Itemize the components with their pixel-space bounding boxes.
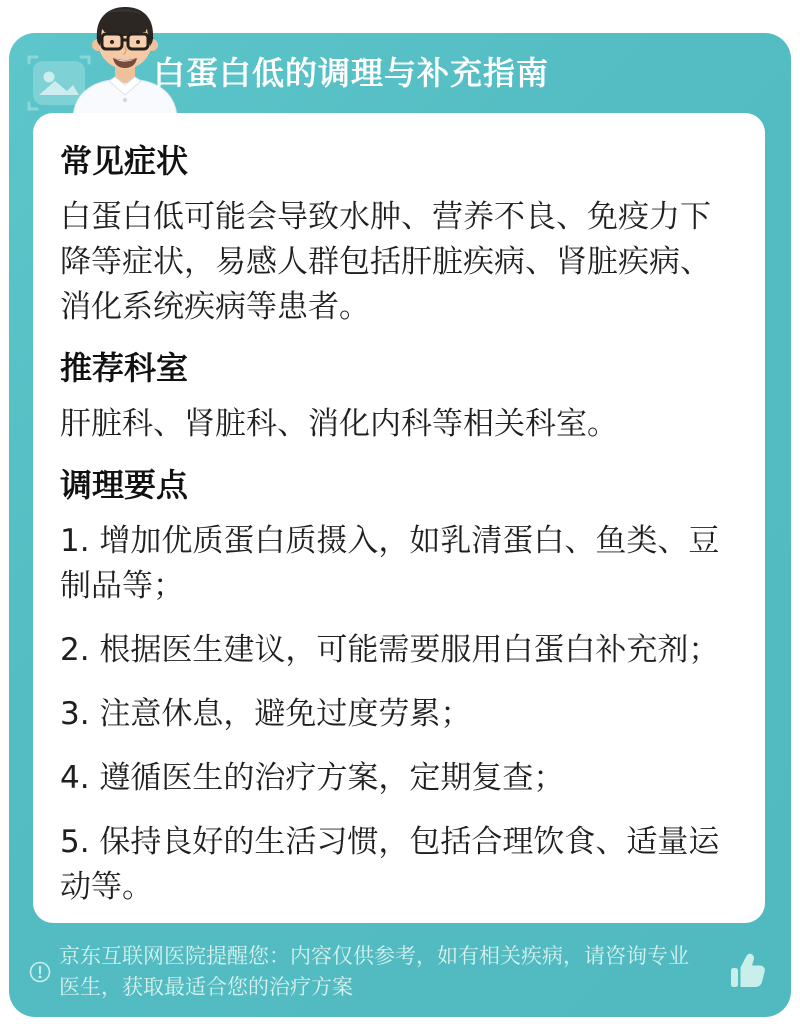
content-card: 常见症状 白蛋白低可能会导致水肿、营养不良、免疫力下降等症状，易感人群包括肝脏疾…	[33, 113, 765, 923]
section-heading-departments: 推荐科室	[60, 348, 738, 388]
care-point-item-5: 5. 保持良好的生活习惯，包括合理饮食、适量运动等。	[60, 820, 738, 910]
care-point-item-1: 1. 增加优质蛋白质摄入，如乳清蛋白、鱼类、豆制品等；	[60, 519, 738, 609]
care-point-item-4: 4. 遵循医生的治疗方案，定期复查；	[60, 756, 738, 801]
alert-circle-icon	[29, 961, 51, 983]
footer-disclaimer-bar: 京东互联网医院提醒您：内容仅供参考，如有相关疾病，请咨询专业医生，获取最适合您的…	[29, 941, 769, 1003]
disclaimer-text: 京东互联网医院提醒您：内容仅供参考，如有相关疾病，请咨询专业医生，获取最适合您的…	[59, 941, 704, 1003]
page: 白蛋白低的调理与补充指南 常见症状 白蛋白低可能会导致水肿、营养不良、免疫力下降…	[0, 0, 800, 1033]
care-point-item-2: 2. 根据医生建议，可能需要服用白蛋白补充剂；	[60, 628, 738, 673]
section-heading-care-points: 调理要点	[60, 465, 738, 505]
care-point-item-3: 3. 注意休息，避免过度劳累；	[60, 692, 738, 737]
section-body-symptoms: 白蛋白低可能会导致水肿、营养不良、免疫力下降等症状，易感人群包括肝脏疾病、肾脏疾…	[60, 195, 738, 330]
page-title: 白蛋白低的调理与补充指南	[153, 55, 549, 91]
section-heading-symptoms: 常见症状	[60, 141, 738, 181]
teal-banner-card: 白蛋白低的调理与补充指南 常见症状 白蛋白低可能会导致水肿、营养不良、免疫力下降…	[9, 33, 791, 1017]
section-body-departments: 肝脏科、肾脏科、消化内科等相关科室。	[60, 402, 738, 447]
thumbs-up-icon[interactable]	[727, 953, 769, 991]
